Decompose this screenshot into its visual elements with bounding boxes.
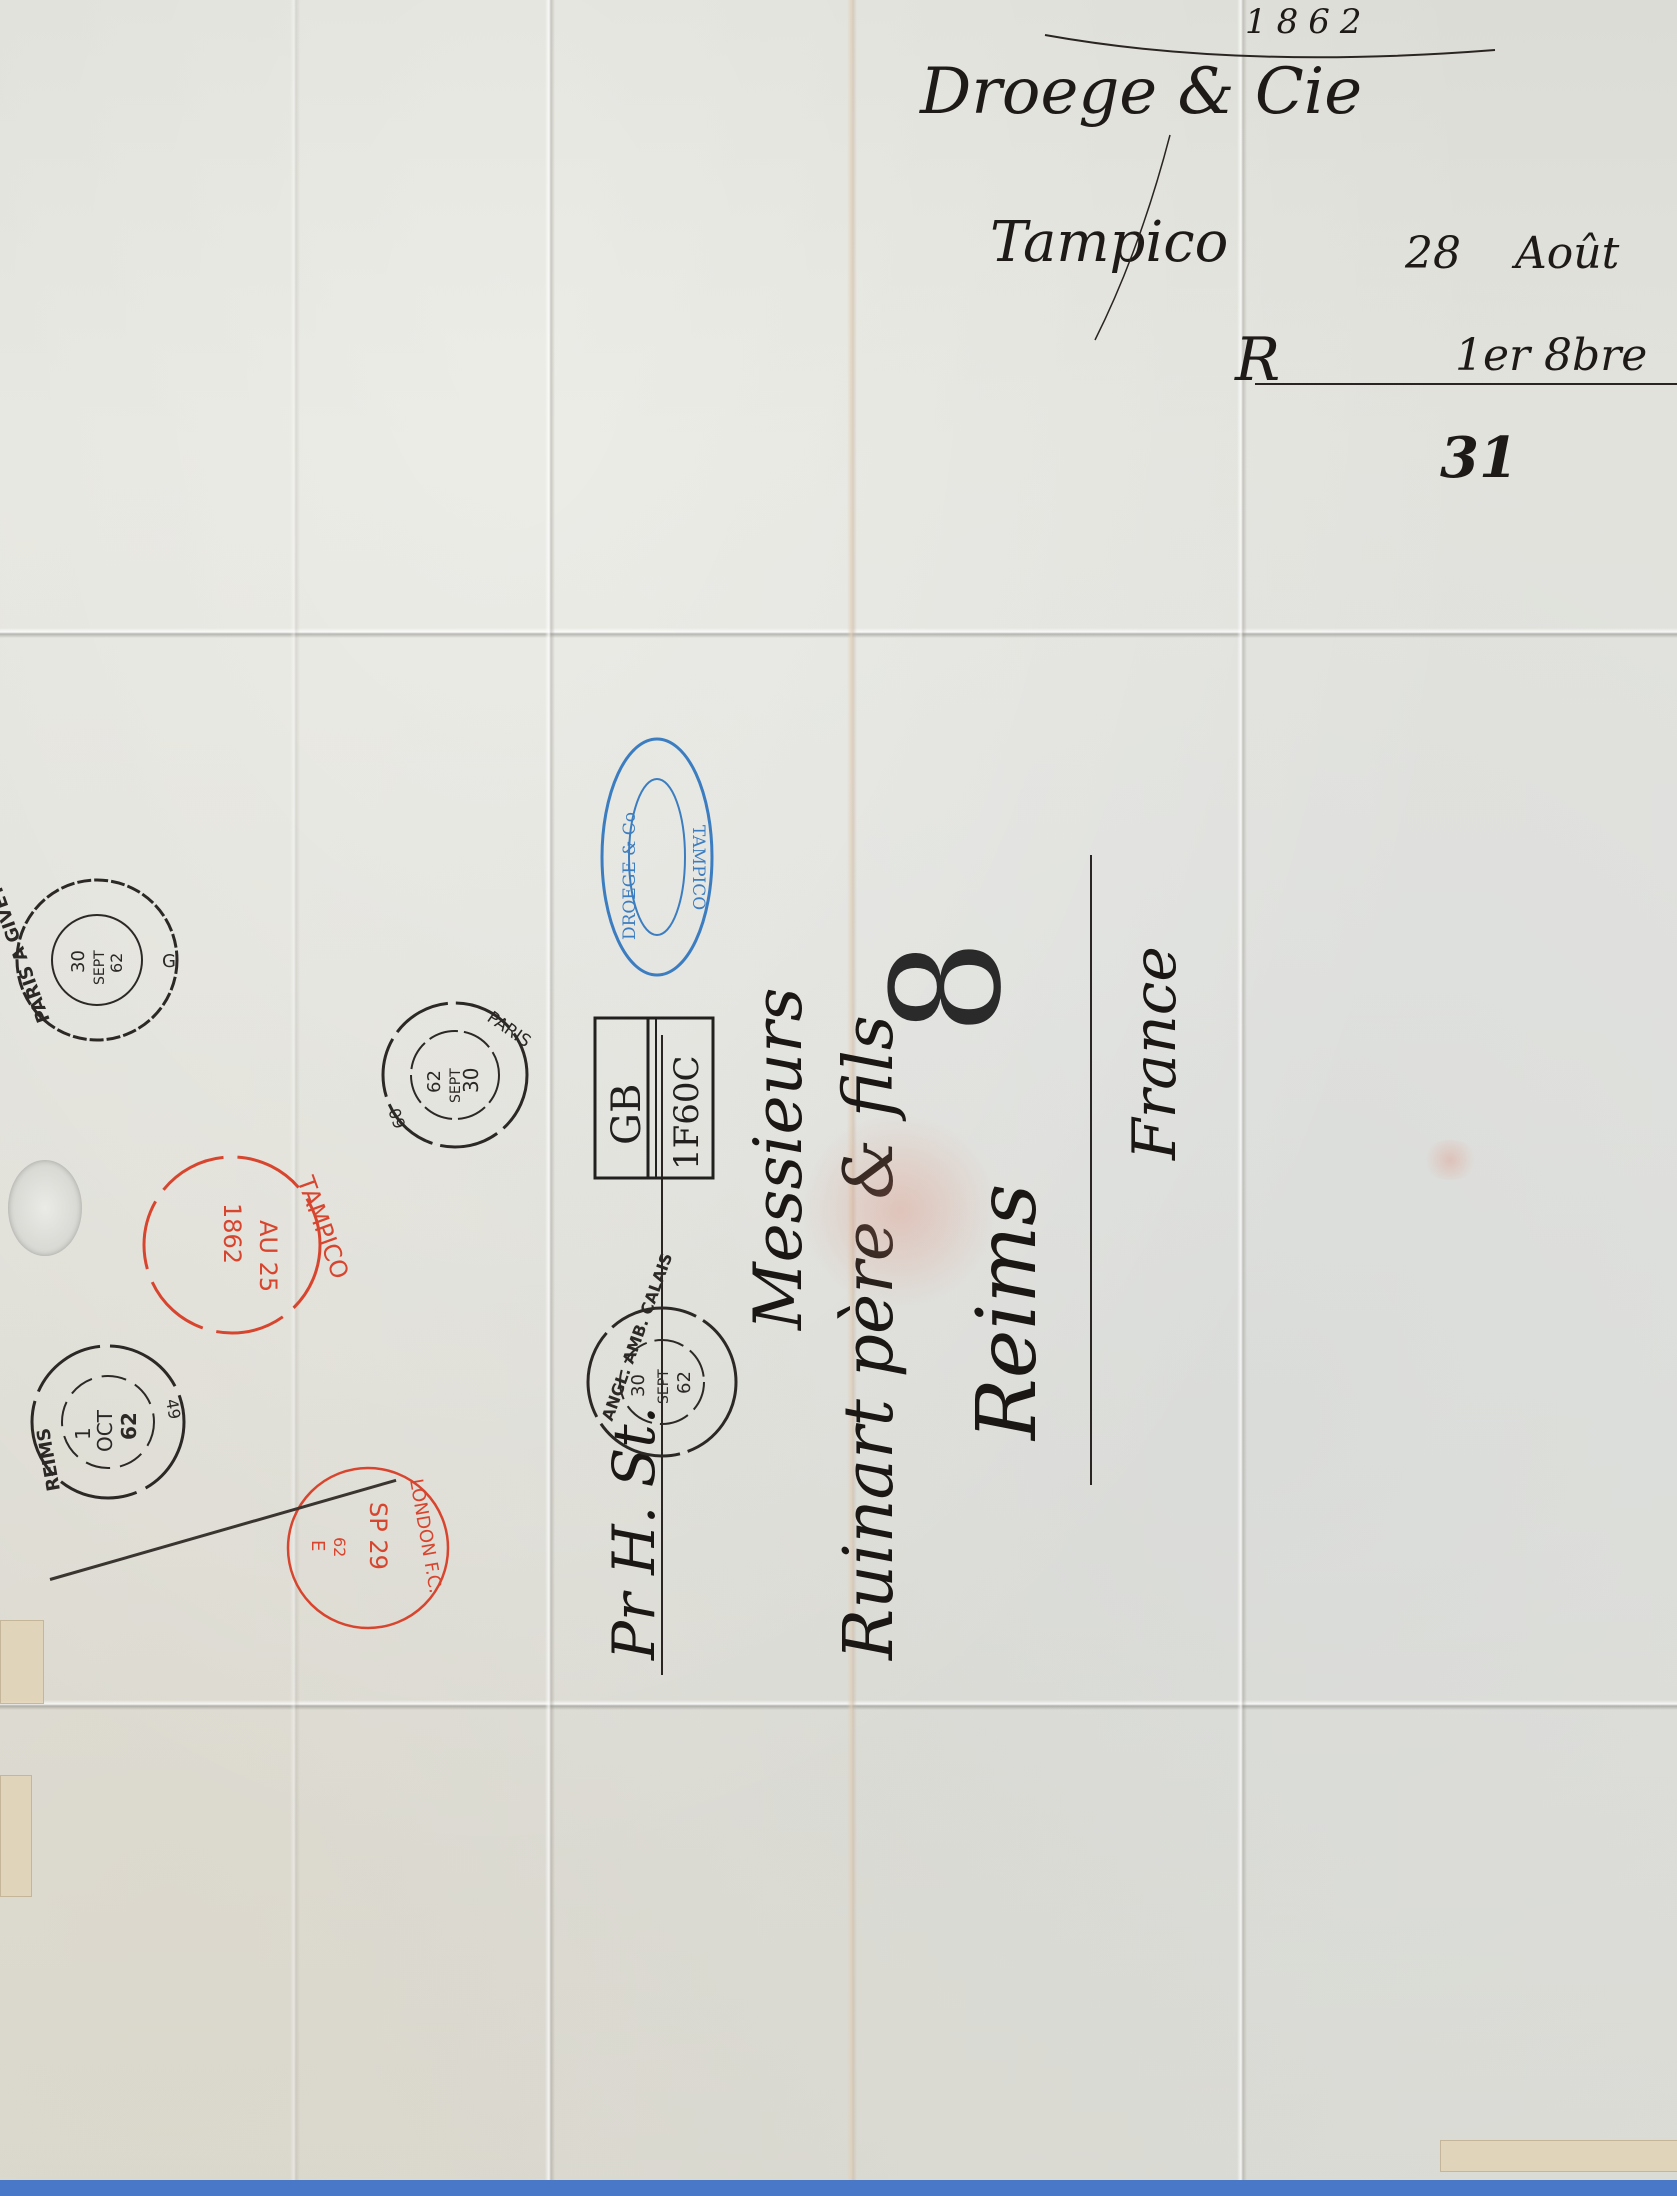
fold-line-lower bbox=[0, 1700, 1677, 1710]
fold-line-upper bbox=[0, 628, 1677, 638]
london-code: E bbox=[307, 1540, 328, 1551]
paris-givet-day: 30 bbox=[68, 950, 89, 973]
cachet-line2: TAMPICO bbox=[688, 825, 708, 910]
docket-date: 28 bbox=[1405, 228, 1461, 279]
postmark-tampico: TAMPICO AU 25 1862 bbox=[132, 1145, 342, 1355]
reims-name: REIMS bbox=[33, 1426, 65, 1492]
tape-repair-bottom bbox=[1440, 2140, 1677, 2172]
calais-year: 62 bbox=[674, 1371, 695, 1394]
docket-number: 31 bbox=[1440, 425, 1518, 491]
tampico-year: 1862 bbox=[218, 1203, 246, 1264]
docket-firm: Droege & Cie bbox=[920, 55, 1362, 129]
tampico-date: AU 25 bbox=[254, 1220, 282, 1292]
wax-seal-remnant bbox=[8, 1160, 82, 1256]
london-name: LONDON F.C. bbox=[405, 1477, 446, 1595]
tape-repair-lower bbox=[0, 1775, 32, 1897]
fold-line-1 bbox=[545, 0, 555, 2180]
letter-sheet: 1862 Droege & Cie Tampico 28 Août R 1er … bbox=[0, 0, 1677, 2180]
accountancy-mark: GB 1F60C bbox=[590, 1000, 720, 1185]
paris-givet-code: G bbox=[162, 951, 176, 972]
paris-givet-month: SEPT bbox=[92, 950, 108, 985]
london-year: 62 bbox=[330, 1537, 349, 1557]
numeral-mark: 8 bbox=[861, 939, 1035, 1034]
sender-cachet: DROEGE & Co TAMPICO bbox=[597, 735, 717, 980]
docket-month: Août bbox=[1515, 228, 1619, 279]
postmark-paris: PARIS 30 SEPT 62 60 bbox=[378, 998, 533, 1153]
docket-rule bbox=[1255, 383, 1677, 385]
paris-name: PARIS bbox=[483, 1008, 534, 1052]
address-salutation: Messieurs bbox=[740, 988, 817, 1330]
accountancy-left: GB bbox=[604, 1084, 650, 1145]
postmark-reims: REIMS 1 OCT 62 49 bbox=[28, 1340, 188, 1505]
reims-day: 1 bbox=[71, 1427, 95, 1440]
address-country: France bbox=[1120, 946, 1190, 1160]
tape-repair-upper bbox=[0, 1620, 44, 1704]
cachet-line1: DROEGE & Co bbox=[620, 812, 640, 940]
reims-month: OCT bbox=[93, 1409, 117, 1452]
accountancy-right: 1F60C bbox=[667, 1055, 707, 1170]
paris-year: 62 bbox=[424, 1070, 445, 1093]
reims-year: 62 bbox=[117, 1412, 141, 1440]
address-rule-right bbox=[1090, 855, 1092, 1485]
paris-givet-year: 62 bbox=[107, 953, 126, 973]
postmark-paris-givet: PARIS A GIVET 30 SEPT 62 G bbox=[12, 875, 182, 1045]
fold-line-4 bbox=[290, 0, 300, 2180]
red-spot bbox=[1420, 1140, 1480, 1180]
calais-day: 30 bbox=[628, 1374, 649, 1397]
docket-pen-stroke bbox=[1090, 130, 1210, 350]
paris-month: SEPT bbox=[448, 1068, 464, 1103]
reims-code: 49 bbox=[162, 1397, 184, 1420]
red-offset-stain bbox=[800, 1110, 1000, 1310]
calais-month: SEPT bbox=[656, 1369, 672, 1404]
docket-received-date: 1er 8bre bbox=[1455, 330, 1647, 381]
london-date: SP 29 bbox=[364, 1502, 392, 1570]
postmark-calais: ANGL. AMB. CALAIS 30 SEPT 62 bbox=[582, 1302, 742, 1462]
